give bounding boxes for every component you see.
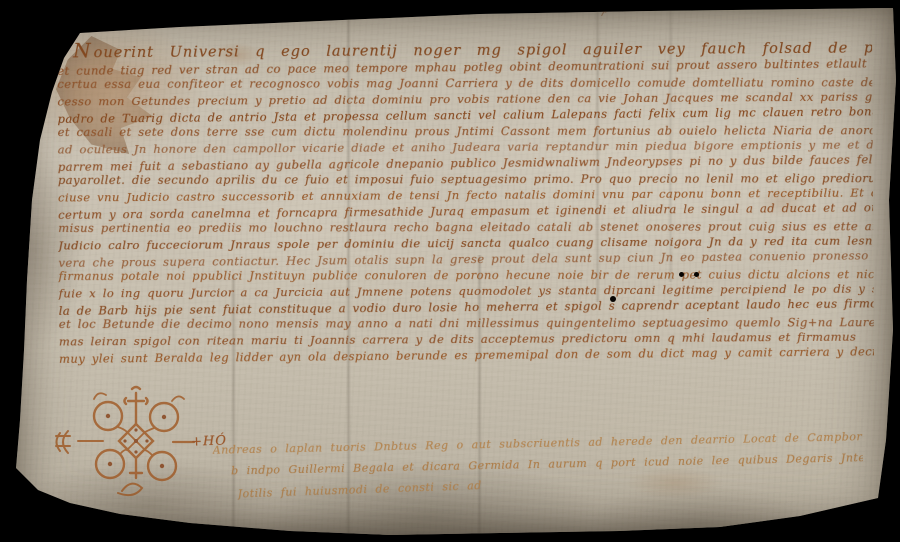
manuscript-line: et loc Betunde die decimo nono mensis ma… <box>59 314 874 332</box>
manuscript-line: firmanus potale noi ppublici Jnstituyn p… <box>58 266 873 284</box>
manuscript-line: payarollet. die secundo aprilis du ce fu… <box>58 170 873 188</box>
pen-trial-mark: ✝ <box>597 7 608 20</box>
parchment-hole <box>610 296 616 302</box>
parchment-sheet: ✝ Nouerint Universi q ego laurentij noge… <box>0 0 900 542</box>
notary-subscription-block: Andreas o laplan tuoris Dnbtus Reg o aut… <box>212 426 863 503</box>
manuscript-line: certua essa eua confiteor et recognosco … <box>57 74 872 92</box>
parchment-hole <box>679 272 684 277</box>
parchment-hole <box>694 272 699 277</box>
manuscript-text-block: Nouerint Universi q ego laurentij noger … <box>57 36 874 366</box>
notarial-sign-icon <box>48 383 213 515</box>
photograph-of-manuscript: ✝ Nouerint Universi q ego laurentij noge… <box>0 0 900 542</box>
manuscript-line: misus pertinentia eo prediis mo louchno … <box>58 218 873 236</box>
